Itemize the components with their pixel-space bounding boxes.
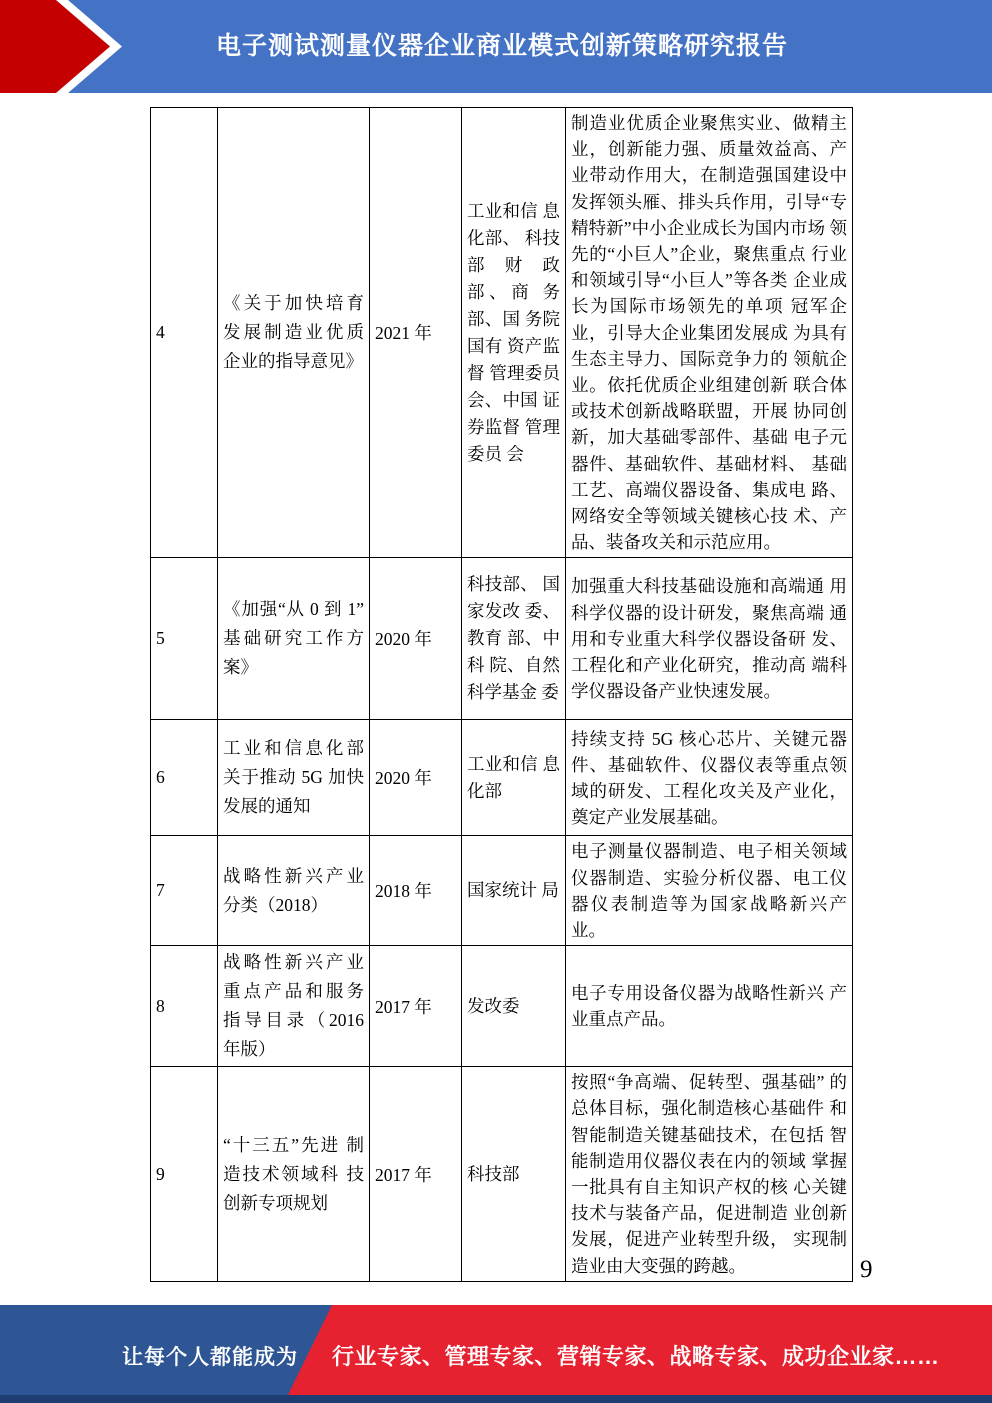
cell-title: 战略性新兴产业 分类（2018） xyxy=(218,836,370,946)
cell-no: 7 xyxy=(151,836,218,946)
footer-slogan-left: 让每个人都能成为 xyxy=(122,1341,298,1371)
cell-title: 《加强“从 0 到 1” 基础研究工作方 案》 xyxy=(218,558,370,720)
table-row: 6工业和信息化部 关于推动 5G 加快 发展的通知2020 年工业和信 息化部持… xyxy=(151,720,853,836)
cell-year: 2020 年 xyxy=(370,558,462,720)
cell-description: 持续支持 5G 核心芯片、关键元器件、基础软件、仪器仪表等重点领域的研发、工程化… xyxy=(566,720,853,836)
policy-table-body: 4《关于加快培育 发展制造业优质 企业的指导意见》2021 年工业和信 息化部、… xyxy=(151,108,853,1282)
cell-agency: 工业和信 息化部 xyxy=(462,720,566,836)
report-page: 电子测试测量仪器企业商业模式创新策略研究报告 4《关于加快培育 发展制造业优质 … xyxy=(0,0,992,1403)
cell-year: 2017 年 xyxy=(370,1067,462,1282)
cell-description: 加强重大科技基础设施和高端通 用科学仪器的设计研发，聚焦高端 通用和专业重大科学… xyxy=(566,558,853,720)
policy-table: 4《关于加快培育 发展制造业优质 企业的指导意见》2021 年工业和信 息化部、… xyxy=(150,107,853,1282)
report-title: 电子测试测量仪器企业商业模式创新策略研究报告 xyxy=(216,26,856,62)
cell-year: 2017 年 xyxy=(370,946,462,1067)
cell-agency: 科技部、 国家发改 委、教育 部、中科 院、自然 科学基金 委 xyxy=(462,558,566,720)
cell-year: 2021 年 xyxy=(370,108,462,558)
footer-banner: 让每个人都能成为 行业专家、管理专家、营销专家、战略专家、成功企业家…… xyxy=(0,1305,992,1403)
cell-description: 电子专用设备仪器为战略性新兴 产业重点产品。 xyxy=(566,946,853,1067)
cell-no: 5 xyxy=(151,558,218,720)
cell-no: 9 xyxy=(151,1067,218,1282)
table-row: 5《加强“从 0 到 1” 基础研究工作方 案》2020 年科技部、 国家发改 … xyxy=(151,558,853,720)
cell-title: “十三五”先进 制造技术领域科 技创新专项规划 xyxy=(218,1067,370,1282)
cell-agency: 发改委 xyxy=(462,946,566,1067)
cell-agency: 国家统计 局 xyxy=(462,836,566,946)
cell-no: 6 xyxy=(151,720,218,836)
cell-description: 按照“争高端、促转型、强基础” 的总体目标，强化制造核心基础件 和智能制造关键基… xyxy=(566,1067,853,1282)
cell-year: 2018 年 xyxy=(370,836,462,946)
cell-description: 制造业优质企业聚焦实业、做精主业，创新能力强、质量效益高、产业带动作用大，在制造… xyxy=(566,108,853,558)
cell-title: 《关于加快培育 发展制造业优质 企业的指导意见》 xyxy=(218,108,370,558)
table-row: 8战略性新兴产业 重点产品和服务 指导目录（2016 年版）2017 年发改委电… xyxy=(151,946,853,1067)
table-row: 9“十三五”先进 制造技术领域科 技创新专项规划2017 年科技部按照“争高端、… xyxy=(151,1067,853,1282)
header-banner: 电子测试测量仪器企业商业模式创新策略研究报告 xyxy=(0,0,992,93)
cell-year: 2020 年 xyxy=(370,720,462,836)
cell-agency: 科技部 xyxy=(462,1067,566,1282)
cell-no: 4 xyxy=(151,108,218,558)
cell-agency: 工业和信 息化部、 科技部 财 政部、商 务部、国 务院国有 资产监督 管理委员… xyxy=(462,108,566,558)
cell-title: 工业和信息化部 关于推动 5G 加快 发展的通知 xyxy=(218,720,370,836)
cell-title: 战略性新兴产业 重点产品和服务 指导目录（2016 年版） xyxy=(218,946,370,1067)
table-row: 7战略性新兴产业 分类（2018）2018 年国家统计 局电子测量仪器制造、电子… xyxy=(151,836,853,946)
table-row: 4《关于加快培育 发展制造业优质 企业的指导意见》2021 年工业和信 息化部、… xyxy=(151,108,853,558)
footer-slogan-right: 行业专家、管理专家、营销专家、战略专家、成功企业家…… xyxy=(332,1340,940,1371)
cell-description: 电子测量仪器制造、电子相关领域仪器制造、实验分析仪器、电工仪器仪表制造等为国家战… xyxy=(566,836,853,946)
footer-bottom-strip xyxy=(0,1395,992,1403)
page-number: 9 xyxy=(860,1256,873,1284)
cell-no: 8 xyxy=(151,946,218,1067)
